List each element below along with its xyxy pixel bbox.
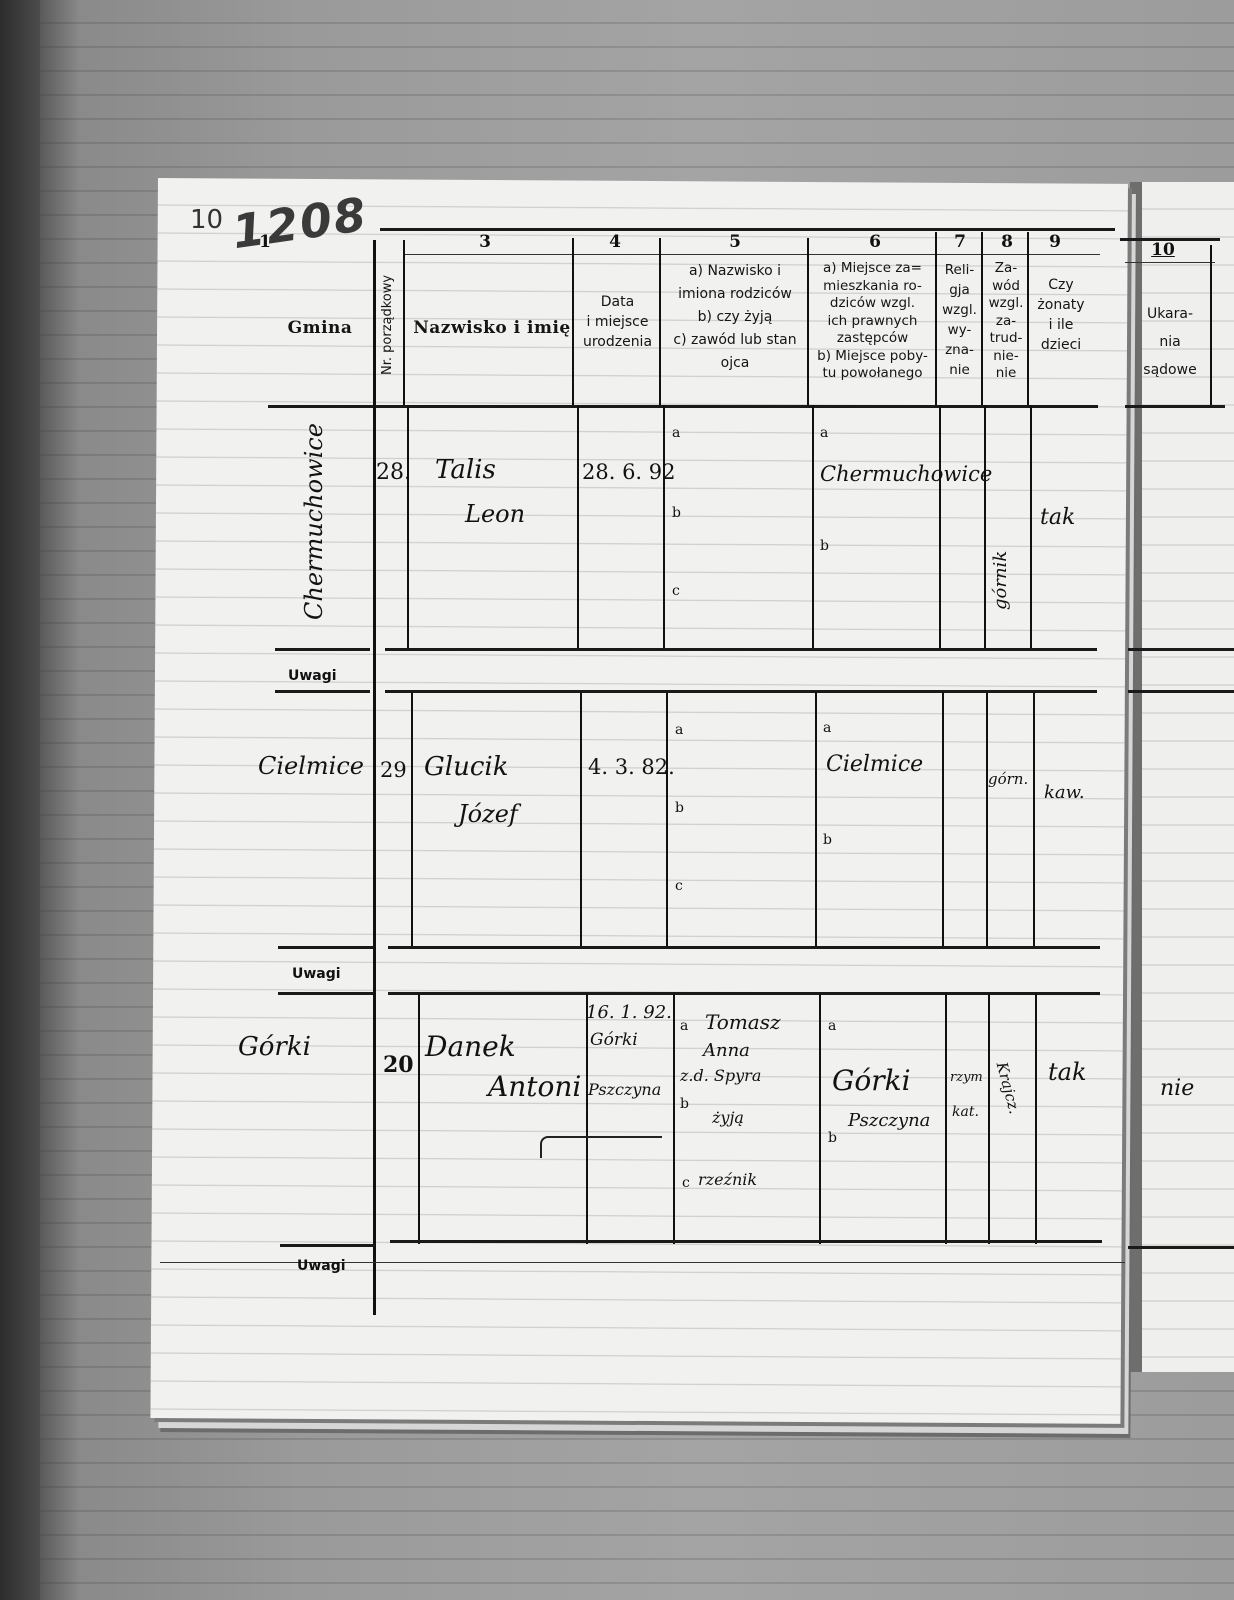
sub-label-b: b [675,800,684,816]
col-convictions-header: Ukara- nia sądowe [1130,300,1210,384]
sub-label-a: a [823,720,831,736]
entry-birth-date: 4. 3. 82. [588,755,675,779]
entry-first-name: Leon [465,500,525,528]
remarks-2-bottom [388,992,1100,995]
e1-divider-3 [663,405,665,650]
col-divider-gmina [373,240,376,1315]
col-divider-religion-header [981,232,983,405]
sub-label-c: c [672,583,680,599]
sub-label-a: a [828,1018,836,1034]
entry-birth-place: Górki [590,1030,638,1050]
sub-label-a: a [820,425,828,441]
e1-divider-2 [577,405,579,650]
remarks-1-bottom-left [275,690,370,693]
col-10-number: 10 [1148,240,1178,260]
entry-religion-abbr: kat. [952,1104,979,1120]
entry-father-occupation: rzeźnik [698,1170,757,1189]
e1-divider-4 [812,405,814,650]
entry-gmina: Chermuchowice [300,445,328,620]
e2-divider-2 [580,692,582,948]
remarks-3-top-left [280,1244,375,1247]
col-10-top-rule [1120,238,1220,241]
sub-label-b: b [820,538,829,554]
sub-label-c: c [682,1175,690,1191]
e3-divider-7 [1035,994,1037,1244]
col-10-rule-3 [1128,1246,1234,1249]
col-5-number: 5 [720,232,750,252]
e1-divider-6 [984,405,986,650]
col-10-num-rule [1125,262,1215,263]
col-divider-nr-header [403,240,405,405]
entry-father-name: Tomasz [705,1010,781,1034]
sub-label-a: a [672,425,680,441]
remarks-1-top-left [275,648,370,651]
col-10-rule-1 [1128,648,1234,651]
header-top-rule [380,228,1115,231]
entry-occupation: górn. [988,770,1028,788]
entry-surname: Talis [435,455,496,485]
sub-label-b: b [823,832,832,848]
col-6-number: 6 [860,232,890,252]
remarks-2-bottom-left [278,992,373,995]
entry-mother-maiden-name: z.d. Spyra [680,1066,761,1085]
col-residence-header: a) Miejsce za= mieszkania ro- dziców wzg… [810,260,935,383]
remarks-2-top-left [278,946,373,949]
sub-label-a: a [680,1018,688,1034]
col-divider-name-header [572,238,574,405]
e3-divider-6 [988,994,990,1244]
entry-birth-date: 28. 6. 92 [582,460,676,484]
e1-divider-1 [407,405,409,650]
col-4-number: 4 [600,232,630,252]
entry-nr: 20 [383,1052,414,1078]
entry-married: tak [1040,505,1075,530]
col-7-number: 7 [945,232,975,252]
col-divider-birth-header [659,238,661,405]
col-occupation-header: Za- wód wzgl. za- trud- nie- nie [984,260,1028,383]
col-3-number: 3 [470,232,500,252]
header-number-rule [405,254,1100,255]
col-10-right-border [1210,245,1212,405]
sub-label-b: b [680,1096,689,1112]
sub-label-c: c [675,878,683,894]
e2-divider-7 [1033,692,1035,948]
entry-married: kaw. [1044,782,1085,803]
entry-parents-alive: żyją [712,1108,744,1127]
entry-married: tak [1048,1058,1087,1086]
e1-divider-7 [1030,405,1032,650]
entry-residence-parents: Górki [832,1064,911,1097]
e3-divider-1 [418,994,420,1244]
remarks-1-bottom [385,690,1097,693]
e2-divider-1 [411,692,413,948]
e1-divider-5 [939,405,941,650]
entry-nr: 28. [376,460,411,485]
entry-residence-parents: Chermuchowice [820,462,992,486]
entry-gmina: Górki [238,1032,311,1062]
e2-divider-4 [815,692,817,948]
col-birth-header: Data i miejsce urodzenia [575,292,660,352]
entry-first-name: Józef [458,800,518,828]
col-gmina-header: Gmina [280,318,360,338]
remarks-label: Uwagi [292,966,341,982]
entry-gmina: Cielmice [258,752,364,780]
page-number: 10 [190,205,223,235]
entry-residence-conscript: Pszczyna [848,1110,930,1131]
entry-birth-date: 16. 1. 92. [586,1002,672,1023]
entry-surname: Glucik [424,752,508,782]
e3-divider-4 [819,994,821,1244]
col-divider-parents-header [807,238,809,405]
col-nr-header: Nr. porządkowy [378,252,402,397]
e2-divider-6 [986,692,988,948]
col-religion-header: Reli- gja wzgl. wy- zna- nie [937,260,982,380]
col-name-header: Nazwisko i imię [412,318,572,338]
col-married-header: Czy żonaty i ile dzieci [1030,275,1092,355]
e2-divider-5 [942,692,944,948]
e3-divider-5 [945,994,947,1244]
e3-divider-3 [673,994,675,1244]
remarks-1-top [385,648,1097,651]
entry-residence-parents: Cielmice [826,752,923,777]
entry-convictions: nie [1160,1076,1194,1101]
col-8-number: 8 [992,232,1022,252]
e2-divider-3 [666,692,668,948]
remarks-label: Uwagi [288,668,337,684]
col-10-bottom-rule [1125,405,1225,408]
remarks-label: Uwagi [297,1258,346,1274]
entry-surname: Danek [425,1030,516,1063]
header-bottom-rule [268,405,1098,408]
col-1-number: 1 [250,232,280,252]
sub-label-b: b [828,1130,837,1146]
remarks-3-top [390,1240,1102,1243]
handwritten-underline-mark [540,1136,662,1158]
e3-divider-2 [586,994,588,1244]
entry-birth-district: Pszczyna [588,1080,661,1099]
sub-label-b: b [672,505,681,521]
entry-religion: rzym [950,1070,983,1085]
col-divider-occupation-header [1027,232,1029,405]
entry-mother-name: Anna [703,1040,750,1061]
col-divider-residence-header [935,232,937,405]
scanner-edge [0,0,40,1600]
remarks-2-top [388,946,1100,949]
entry-nr: 29 [380,758,407,782]
entry-occupation: górnik [990,530,1011,610]
entry-first-name: Antoni [488,1070,581,1103]
col-10-rule-2 [1128,690,1234,693]
col-parents-header: a) Nazwisko i imiona rodziców b) czy żyj… [660,260,810,375]
sub-label-a: a [675,722,683,738]
col-9-number: 9 [1040,232,1070,252]
